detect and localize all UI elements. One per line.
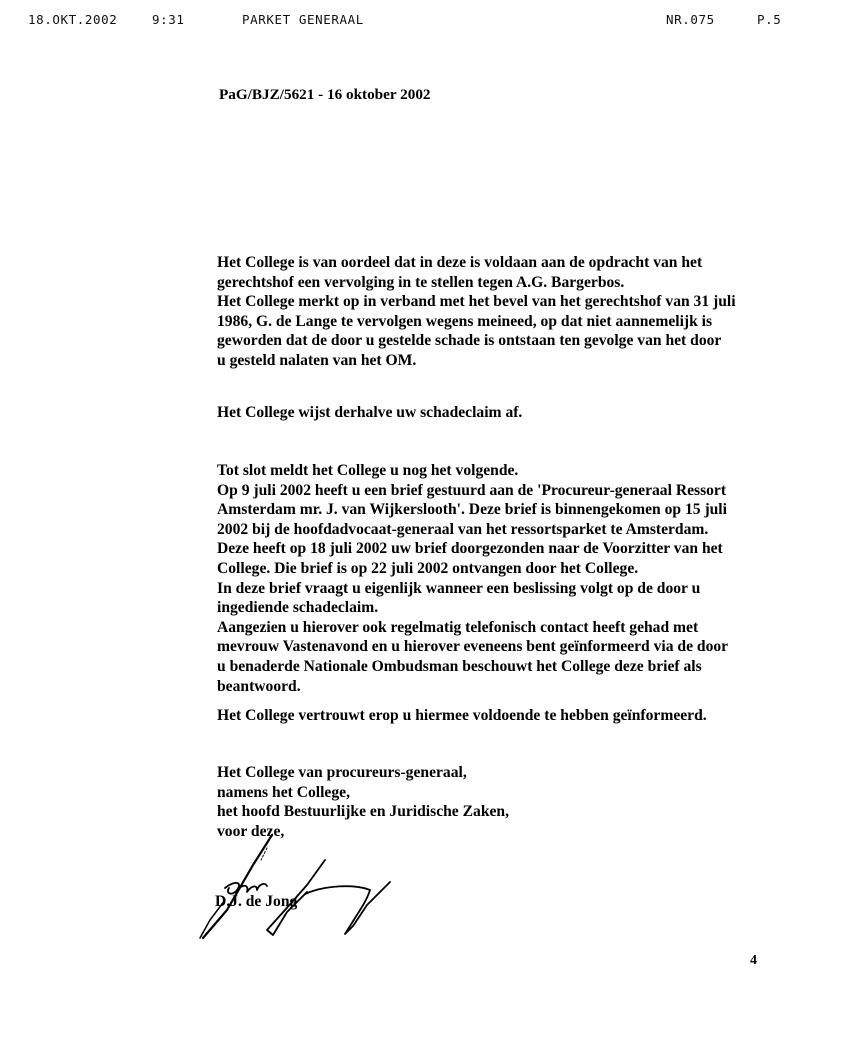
- fax-time: 9:31: [152, 12, 185, 27]
- closing-line: namens het College,: [217, 783, 509, 803]
- fax-transmission-header: 18.OKT.2002 9:31 PARKET GENERAAL NR.075 …: [0, 12, 854, 28]
- text-line: Aangezien u hierover ook regelmatig tele…: [217, 618, 728, 638]
- page-number: 4: [750, 953, 757, 969]
- text-line: Het College merkt op in verband met het …: [217, 292, 736, 312]
- text-line: Het College is van oordeel dat in deze i…: [217, 253, 736, 273]
- text-line: u gesteld nalaten van het OM.: [217, 351, 736, 371]
- text-line: Tot slot meldt het College u nog het vol…: [217, 461, 728, 481]
- text-line: mevrouw Vastenavond en u hierover evenee…: [217, 637, 728, 657]
- signer-name: D.J. de Jong: [215, 893, 297, 911]
- text-line: Het College vertrouwt erop u hiermee vol…: [217, 706, 707, 726]
- fax-page: P.5: [757, 12, 781, 27]
- text-line: gerechtshof een vervolging in te stellen…: [217, 273, 736, 293]
- letter-reference: PaG/BJZ/5621 - 16 oktober 2002: [219, 86, 431, 104]
- text-line: u benaderde Nationale Ombudsman beschouw…: [217, 657, 728, 677]
- text-line: In deze brief vraagt u eigenlijk wanneer…: [217, 579, 728, 599]
- text-line: Het College wijst derhalve uw schadeclai…: [217, 403, 522, 423]
- paragraph-additional-info: Tot slot meldt het College u nog het vol…: [217, 461, 728, 696]
- text-line: geworden dat de door u gestelde schade i…: [217, 331, 736, 351]
- text-line: Op 9 juli 2002 heeft u een brief gestuur…: [217, 481, 728, 501]
- paragraph-claim-rejected: Het College wijst derhalve uw schadeclai…: [217, 403, 522, 423]
- text-line: College. Die brief is op 22 juli 2002 on…: [217, 559, 728, 579]
- text-line: Deze heeft op 18 juli 2002 uw brief door…: [217, 539, 728, 559]
- fax-number: NR.075: [666, 12, 715, 27]
- text-line: 1986, G. de Lange te vervolgen wegens me…: [217, 312, 736, 332]
- handwritten-signature: [195, 830, 410, 945]
- fax-sender: PARKET GENERAAL: [242, 12, 364, 27]
- text-line: Amsterdam mr. J. van Wijkerslooth'. Deze…: [217, 500, 728, 520]
- text-line: beantwoord.: [217, 677, 728, 697]
- paragraph-conclusion: Het College vertrouwt erop u hiermee vol…: [217, 706, 707, 726]
- fax-date: 18.OKT.2002: [28, 12, 117, 27]
- text-line: 2002 bij de hoofdadvocaat-generaal van h…: [217, 520, 728, 540]
- text-line: ingediende schadeclaim.: [217, 598, 728, 618]
- paragraph-decision: Het College is van oordeel dat in deze i…: [217, 253, 736, 371]
- closing-line: het hoofd Bestuurlijke en Juridische Zak…: [217, 802, 509, 822]
- closing-line: Het College van procureurs-generaal,: [217, 763, 509, 783]
